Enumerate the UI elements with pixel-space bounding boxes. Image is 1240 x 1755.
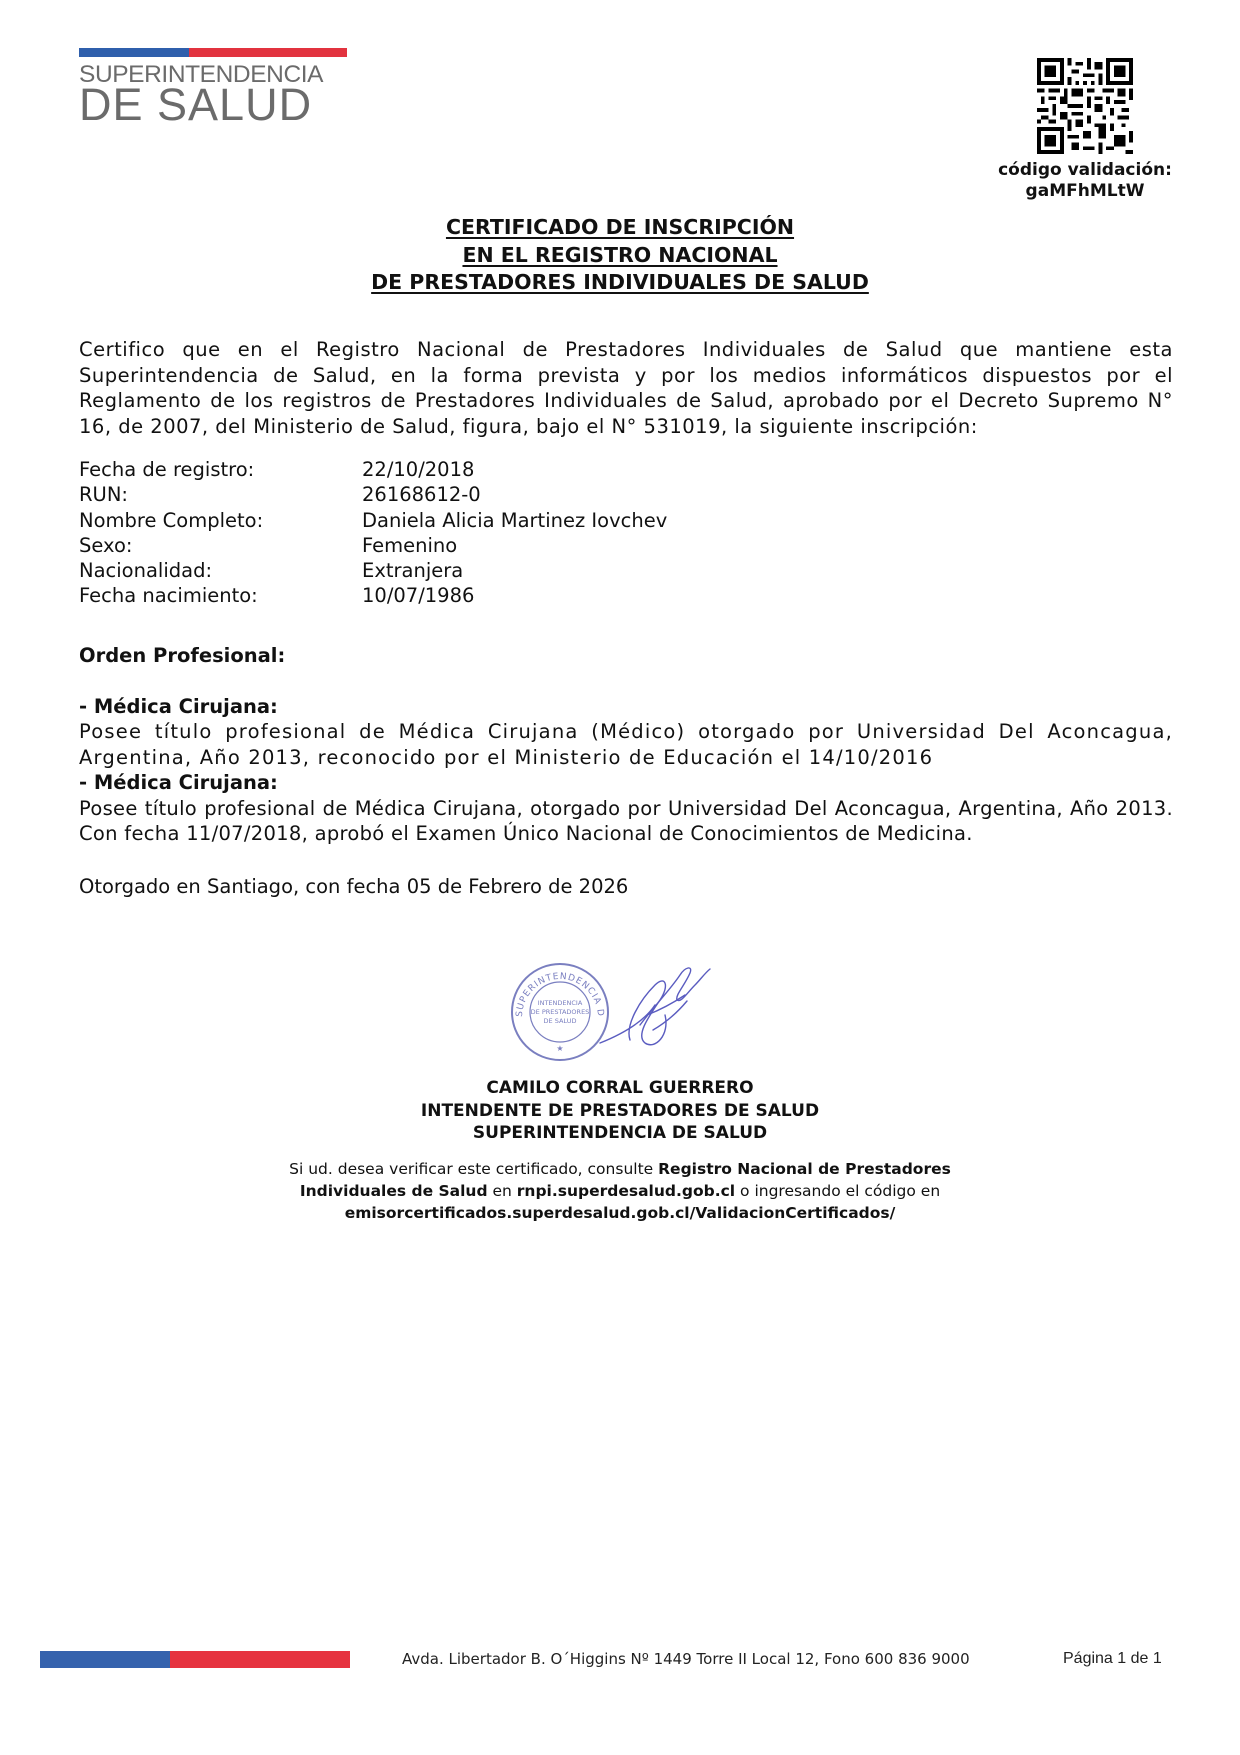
qr-code-icon [1037, 58, 1133, 154]
validation-link[interactable]: emisorcertificados.superdesalud.gob.cl/V… [345, 1204, 896, 1222]
validation-code-label: código validación: [980, 160, 1190, 181]
official-seal-icon: SUPERINTENDENCIA DE SALUD INTENDENCIA DE… [505, 955, 608, 1060]
professional-order-section: Orden Profesional: - Médica Cirujana: Po… [79, 643, 1173, 847]
field-label: Fecha nacimiento: [79, 583, 362, 608]
seal-and-signature: SUPERINTENDENCIA DE SALUD INTENDENCIA DE… [505, 955, 735, 1070]
field-value: Femenino [362, 533, 457, 558]
field-value: Daniela Alicia Martinez Iovchev [362, 508, 667, 533]
registry-name-cont: Individuales de Salud [300, 1182, 488, 1200]
verify-text: o ingresando el código en [735, 1182, 940, 1200]
title-line-3: DE PRESTADORES INDIVIDUALES DE SALUD [0, 269, 1240, 297]
footer-stripe-blue [40, 1651, 170, 1668]
flag-stripe [79, 48, 347, 57]
degree-description: Posee título profesional de Médica Ciruj… [79, 796, 1173, 847]
svg-text:DE PRESTADORES: DE PRESTADORES [531, 1008, 590, 1016]
field-value: 10/07/1986 [362, 583, 474, 608]
signer-institution: SUPERINTENDENCIA DE SALUD [0, 1122, 1240, 1145]
signer-name: CAMILO CORRAL GUERRERO [0, 1077, 1240, 1100]
degree-title: - Médica Cirujana: [79, 770, 1173, 796]
rnpi-link[interactable]: rnpi.superdesalud.gob.cl [517, 1182, 735, 1200]
verification-note: Si ud. desea verificar este certificado,… [0, 1158, 1240, 1224]
certificate-title: CERTIFICADO DE INSCRIPCIÓN EN EL REGISTR… [0, 214, 1240, 297]
registration-fields: Fecha de registro: 22/10/2018 RUN: 26168… [79, 457, 667, 609]
footer-stripe [40, 1651, 350, 1668]
field-label: Nacionalidad: [79, 558, 362, 583]
verify-text: Si ud. desea verificar este certificado,… [289, 1160, 658, 1178]
signer-block: CAMILO CORRAL GUERRERO INTENDENTE DE PRE… [0, 1077, 1240, 1145]
degree-description: Posee título profesional de Médica Ciruj… [79, 719, 1173, 770]
logo-line-2: DE SALUD [79, 85, 347, 125]
svg-text:★: ★ [556, 1044, 563, 1053]
footer-address: Avda. Libertador B. O´Higgins Nº 1449 To… [402, 1650, 970, 1668]
field-row: Nacionalidad: Extranjera [79, 558, 667, 583]
footer-stripe-red [170, 1651, 350, 1668]
field-row: Fecha nacimiento: 10/07/1986 [79, 583, 667, 608]
field-value: 22/10/2018 [362, 457, 474, 482]
field-row: Nombre Completo: Daniela Alicia Martinez… [79, 508, 667, 533]
field-label: Fecha de registro: [79, 457, 362, 482]
degree-title: - Médica Cirujana: [79, 694, 1173, 720]
flag-stripe-red [189, 48, 347, 57]
svg-text:INTENDENCIA: INTENDENCIA [538, 999, 583, 1007]
verify-text: en [488, 1182, 517, 1200]
field-row: Sexo: Femenino [79, 533, 667, 558]
page-number: Página 1 de 1 [1063, 1650, 1162, 1668]
field-row: Fecha de registro: 22/10/2018 [79, 457, 667, 482]
field-value: Extranjera [362, 558, 463, 583]
intro-paragraph: Certifico que en el Registro Nacional de… [79, 337, 1173, 439]
flag-stripe-blue [79, 48, 189, 57]
issue-statement: Otorgado en Santiago, con fecha 05 de Fe… [79, 874, 628, 899]
title-line-2: EN EL REGISTRO NACIONAL [0, 242, 1240, 270]
registry-name: Registro Nacional de Prestadores [658, 1160, 951, 1178]
field-row: RUN: 26168612-0 [79, 482, 667, 507]
field-value: 26168612-0 [362, 482, 481, 507]
field-label: Sexo: [79, 533, 362, 558]
signature-icon [600, 968, 710, 1045]
validation-block: código validación: gaMFhMLtW [980, 58, 1190, 202]
svg-text:DE SALUD: DE SALUD [544, 1017, 577, 1025]
field-label: Nombre Completo: [79, 508, 362, 533]
title-line-1: CERTIFICADO DE INSCRIPCIÓN [0, 214, 1240, 242]
validation-code: gaMFhMLtW [980, 181, 1190, 202]
superintendencia-logo: SUPERINTENDENCIA DE SALUD [79, 48, 347, 125]
signer-position: INTENDENTE DE PRESTADORES DE SALUD [0, 1100, 1240, 1123]
section-heading: Orden Profesional: [79, 643, 1173, 669]
field-label: RUN: [79, 482, 362, 507]
